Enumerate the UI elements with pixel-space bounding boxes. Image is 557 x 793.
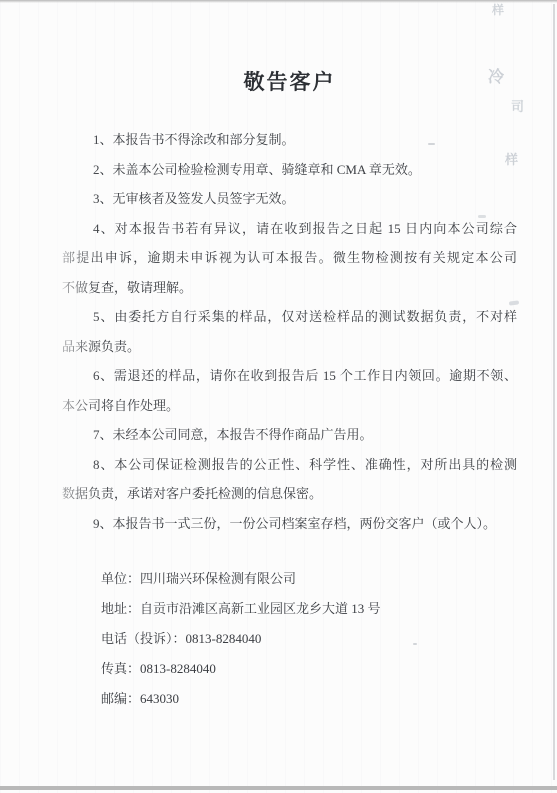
contact-block: 单位：四川瑞兴环保检测有限公司地址：自贡市沿滩区高新工业园区龙乡大道 13 号电… [101,564,521,714]
notice-item-8: 8、本公司保证检测报告的公正性、科学性、准确性，对所出具的检测数据负责，承诺对客… [62,450,517,509]
notice-line: 7、未经本公司同意，本报告不得作商品广告用。 [62,420,517,450]
notice-line: 8、本公司保证检测报告的公正性、科学性、准确性，对所出具的检测 [62,450,517,480]
page-right-edge [553,4,555,780]
contact-line-unit: 单位：四川瑞兴环保检测有限公司 [101,564,521,594]
notice-item-6: 6、需退还的样品，请你在收到报告后 15 个工作日内领回。逾期不领、本公司将自作… [62,361,517,420]
notice-line: 品来源负责。 [62,332,517,362]
notice-line: 1、本报告书不得涂改和部分复制。 [62,125,517,155]
notice-line: 3、无审核者及签发人员签字无效。 [62,184,517,214]
notice-line: 数据负责，承诺对客户委托检测的信息保密。 [62,479,517,509]
notice-line: 5、由委托方自行采集的样品，仅对送检样品的测试数据负责，不对样 [62,302,517,332]
page-top-edge [0,0,557,3]
notice-item-9: 9、本报告书一式三份，一份公司档案室存档，两份交客户（或个人）。 [62,509,517,539]
contact-line-address: 地址：自贡市沿滩区高新工业园区龙乡大道 13 号 [101,594,521,624]
notice-item-5: 5、由委托方自行采集的样品，仅对送检样品的测试数据负责，不对样品来源负责。 [62,302,517,361]
notice-item-1: 1、本报告书不得涂改和部分复制。 [62,125,517,155]
page-title: 敬告客户 [11,66,557,96]
notice-line: 9、本报告书一式三份，一份公司档案室存档，两份交客户（或个人）。 [62,509,517,539]
scanned-page: 敬告客户 1、本报告书不得涂改和部分复制。2、未盖本公司检验检测专用章、骑缝章和… [0,0,557,793]
scan-speck [509,300,519,305]
scan-speck [428,143,435,145]
notice-body: 1、本报告书不得涂改和部分复制。2、未盖本公司检验检测专用章、骑缝章和 CMA … [62,125,517,538]
scan-speck [478,215,486,218]
notice-line: 不做复查，敬请理解。 [62,273,517,303]
contact-line-phone: 电话（投诉）：0813-8284040 [101,624,521,654]
contact-line-fax: 传真：0813-8284040 [101,654,521,684]
notice-item-7: 7、未经本公司同意，本报告不得作商品广告用。 [62,420,517,450]
scan-speck [413,643,417,645]
bleedthrough-text: 司 [511,96,524,115]
page-bottom-edge [0,786,557,790]
notice-item-4: 4、对本报告书若有异议，请在收到报告之日起 15 日内向本公司综合部提出申诉，逾… [62,214,517,303]
notice-item-3: 3、无审核者及签发人员签字无效。 [62,184,517,214]
contact-line-postcode: 邮编：643030 [101,684,521,714]
notice-line: 6、需退还的样品，请你在收到报告后 15 个工作日内领回。逾期不领、 [62,361,517,391]
notice-item-2: 2、未盖本公司检验检测专用章、骑缝章和 CMA 章无效。 [62,155,517,185]
bleedthrough-text: 样 [492,1,504,18]
notice-line: 本公司将自作处理。 [62,391,517,421]
notice-line: 部提出申诉，逾期未申诉视为认可本报告。微生物检测按有关规定本公司 [62,243,517,273]
notice-line: 2、未盖本公司检验检测专用章、骑缝章和 CMA 章无效。 [62,155,517,185]
notice-line: 4、对本报告书若有异议，请在收到报告之日起 15 日内向本公司综合 [62,214,517,244]
